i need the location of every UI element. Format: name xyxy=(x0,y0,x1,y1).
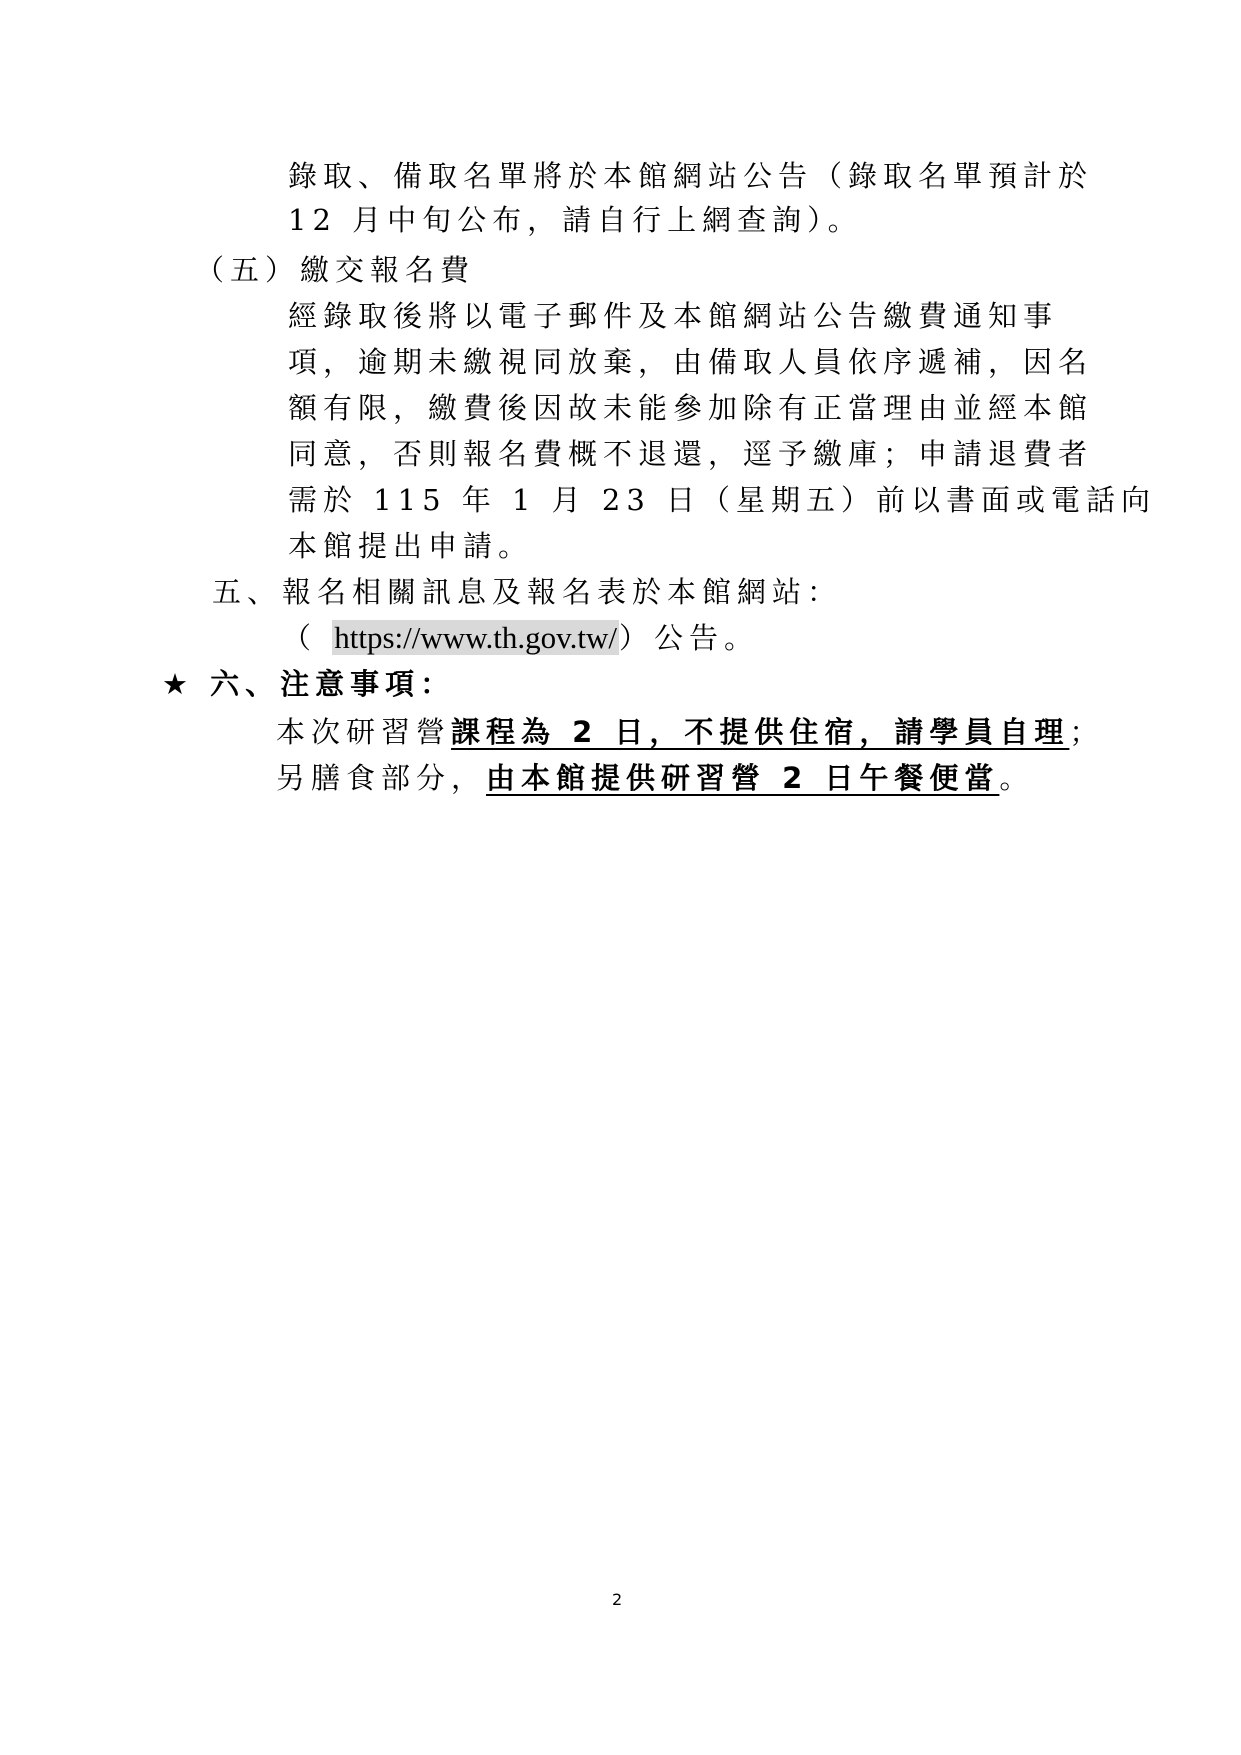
paragraph-line: 經錄取後將以電子郵件及本館網站公告繳費通知事 xyxy=(288,296,1058,336)
item-heading: 五、報名相關訊息及報名表於本館網站： xyxy=(212,572,842,612)
paragraph-line: 需於 115 年 1 月 23 日（星期五）前以書面或電話向 xyxy=(288,480,1156,520)
section-title: 繳交報名費 xyxy=(300,253,475,287)
website-link[interactable]: https://www.th.gov.tw/ xyxy=(332,620,619,655)
emphasized-text: 課程為 2 日，不提供住宿，請學員自理 xyxy=(451,715,1069,749)
item-title: 六、注意事項： xyxy=(210,667,455,701)
section-marker: （五） xyxy=(195,253,300,287)
close-paren: ）公告。 xyxy=(619,621,759,655)
paragraph-line: 本館提出申請。 xyxy=(288,526,533,566)
plain-text: 。 xyxy=(999,761,1034,795)
emphasized-text: 由本館提供研習營 2 日午餐便當 xyxy=(486,761,999,795)
open-paren: （ xyxy=(282,621,332,655)
paragraph-line: 12 月中旬公布，請自行上網查詢）。 xyxy=(288,200,863,240)
paragraph-line: 另膳食部分，由本館提供研習營 2 日午餐便當。 xyxy=(276,758,1034,798)
paragraph-line: 額有限，繳費後因故未能參加除有正當理由並經本館 xyxy=(288,388,1093,428)
section-heading: （五）繳交報名費 xyxy=(195,250,475,290)
page-number: 2 xyxy=(612,1590,622,1609)
star-icon: ★ xyxy=(162,667,194,701)
url-line: （ https://www.th.gov.tw/）公告。 xyxy=(282,618,759,658)
item-heading: ★ 六、注意事項： xyxy=(162,664,455,704)
paragraph-line: 同意，否則報名費概不退還，逕予繳庫；申請退費者 xyxy=(288,434,1093,474)
paragraph-line: 項，逾期未繳視同放棄，由備取人員依序遞補，因名 xyxy=(288,342,1093,382)
plain-text: 另膳食部分， xyxy=(276,761,486,795)
paragraph-line: 本次研習營課程為 2 日，不提供住宿，請學員自理； xyxy=(276,712,1104,752)
paragraph-line: 錄取、備取名單將於本館網站公告（錄取名單預計於 xyxy=(288,156,1093,196)
plain-text: ； xyxy=(1069,715,1104,749)
plain-text: 本次研習營 xyxy=(276,715,451,749)
